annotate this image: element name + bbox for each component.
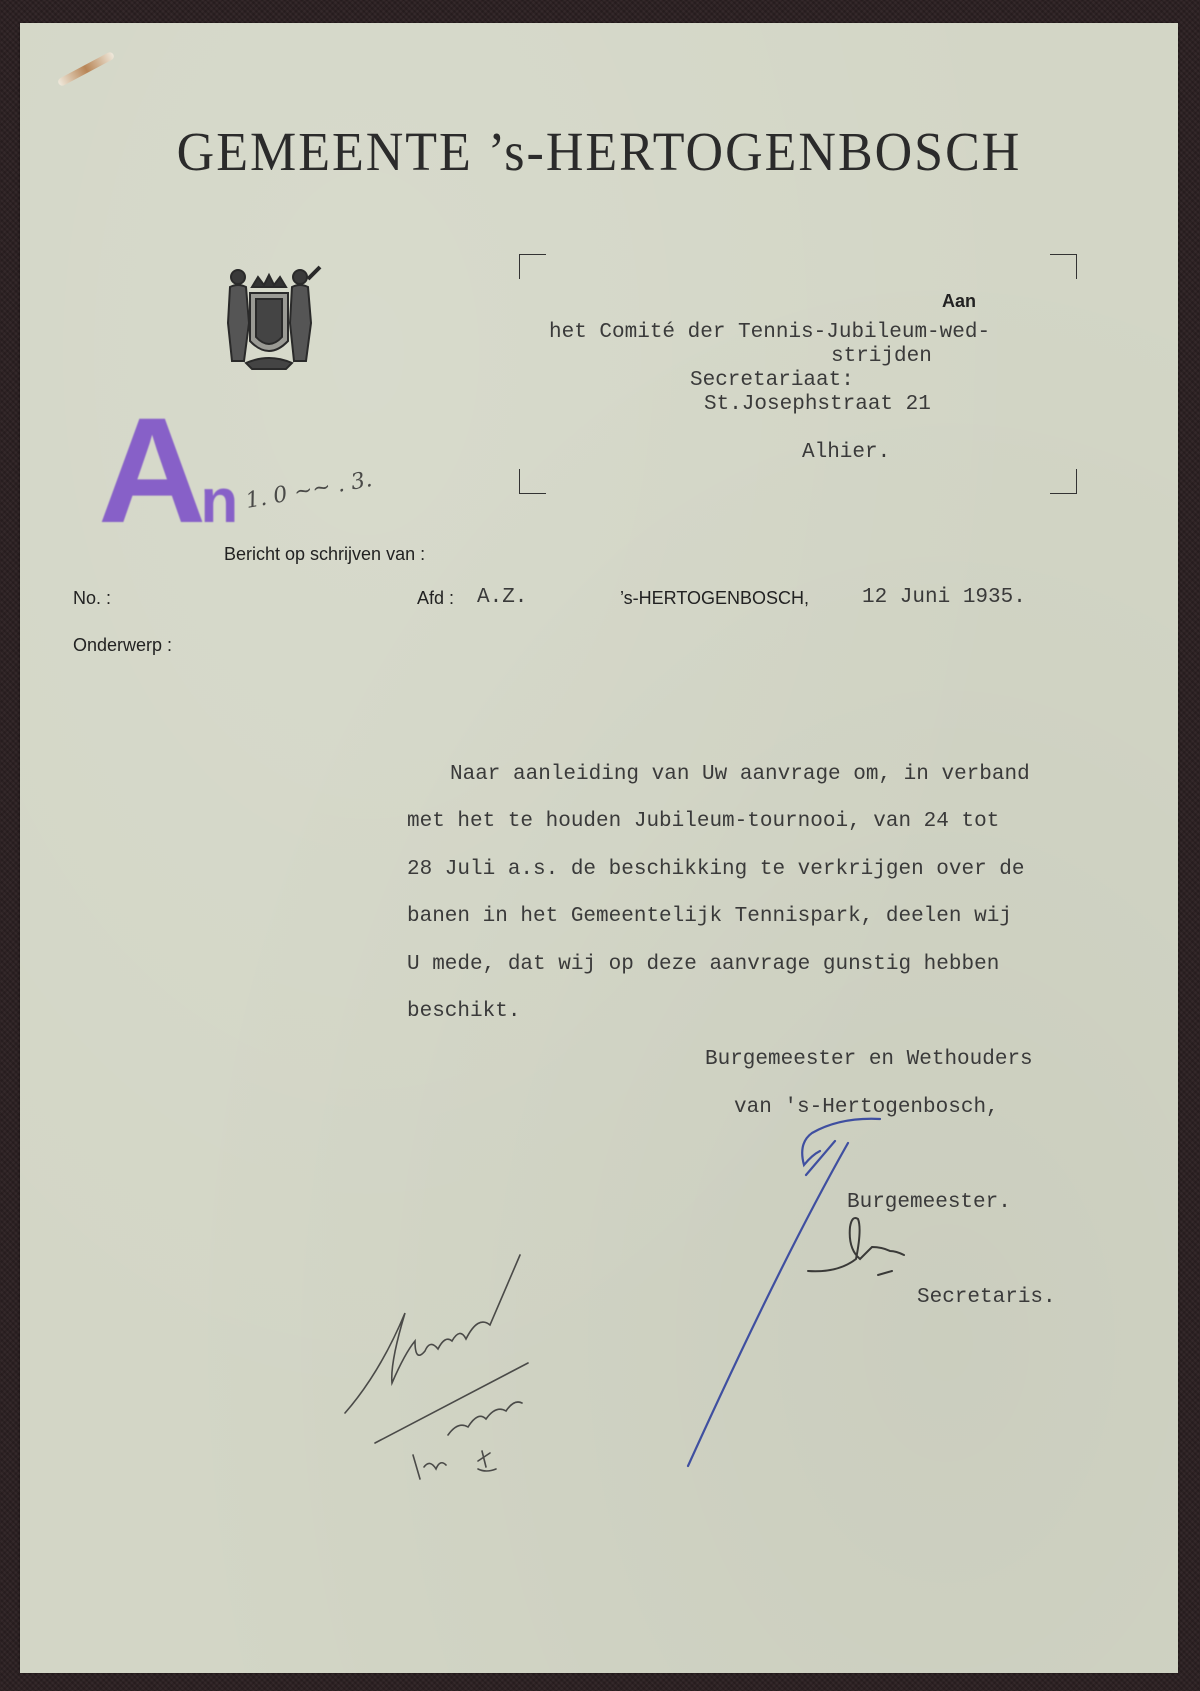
minute-pencil-mark xyxy=(345,1255,528,1479)
mayor-signature xyxy=(688,1119,880,1466)
letter-page: GEMEENTE ’s-HERTOGENBOSCH Aan het Comité… xyxy=(20,23,1178,1673)
handwriting-layer xyxy=(20,23,1178,1673)
secretary-signature xyxy=(808,1218,904,1275)
